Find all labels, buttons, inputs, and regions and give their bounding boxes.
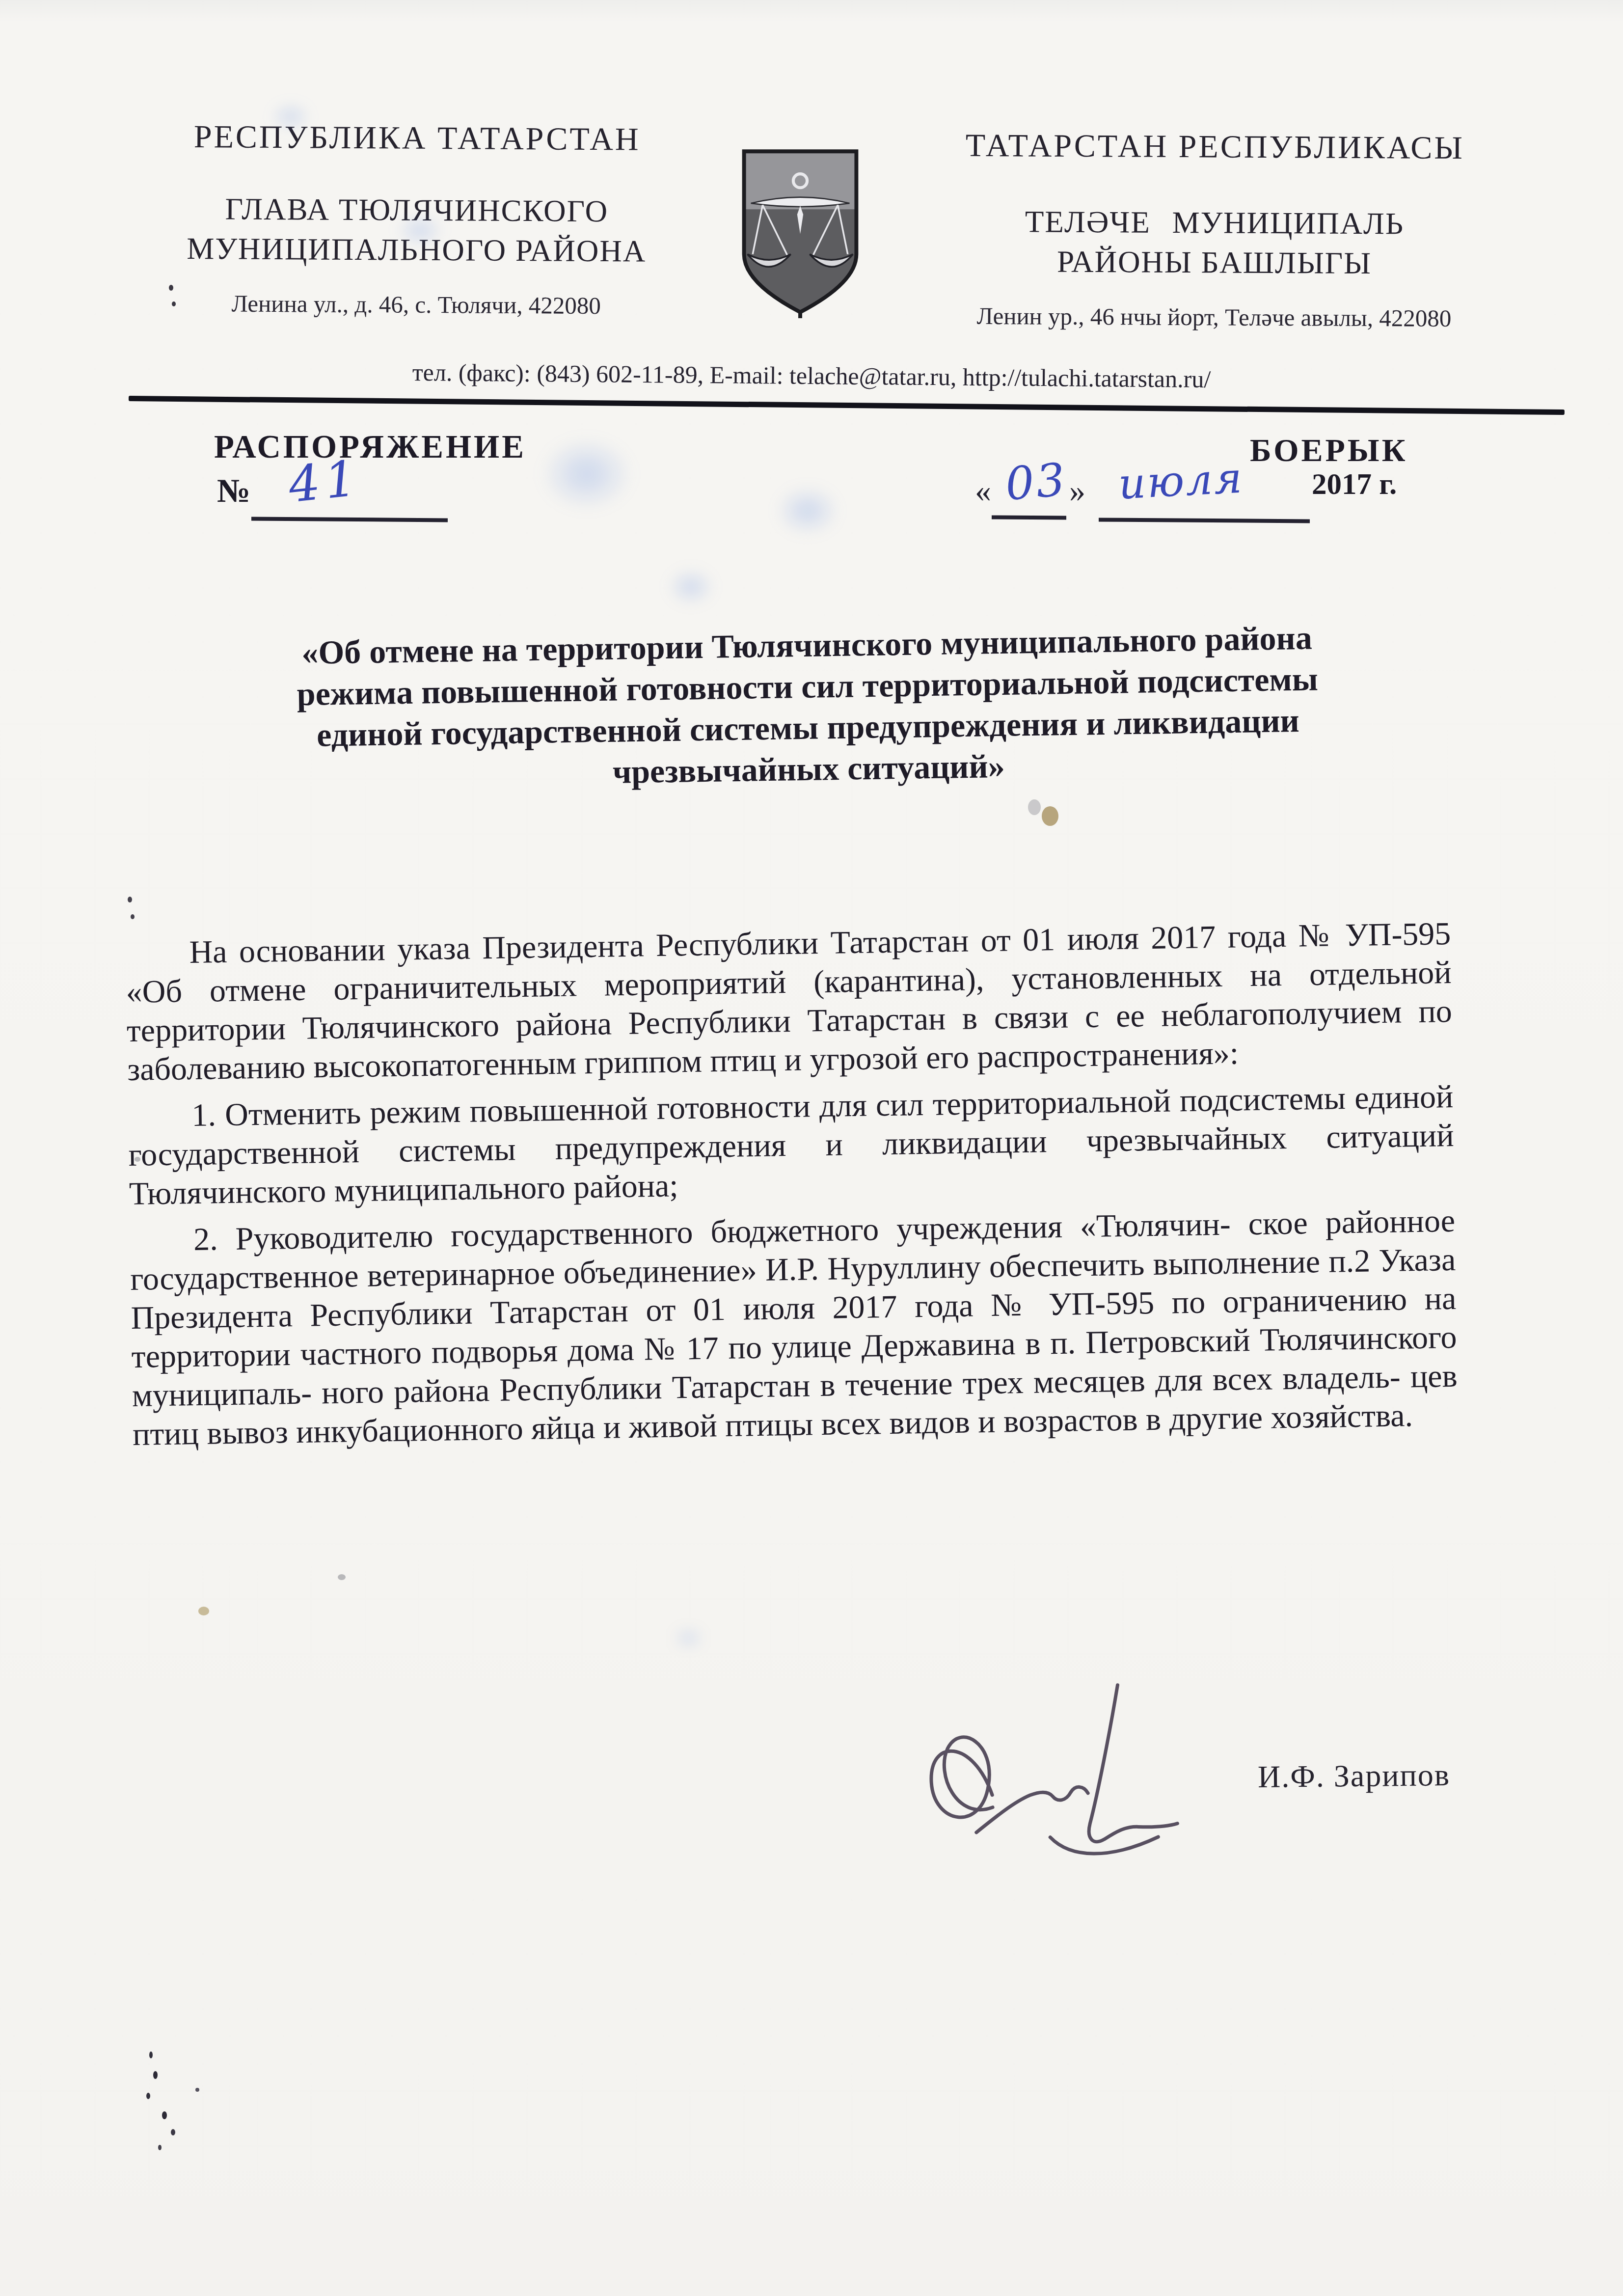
scan-speck [131, 914, 135, 919]
ink-stain [776, 486, 839, 535]
scanned-document-page: РЕСПУБЛИКА ТАТАРСТАН ГЛАВА ТЮЛЯЧИНСКОГО … [0, 0, 1623, 2296]
authority-name-ru-line1: ГЛАВА ТЮЛЯЧИНСКОГО [112, 191, 721, 230]
document-body: На основании указа Президента Республики… [125, 914, 1458, 1454]
date-year: 2017 г. [1312, 467, 1397, 502]
paragraph-item-2: 2. Руководителю государственного бюджетн… [130, 1202, 1459, 1454]
ink-stain [540, 437, 633, 511]
contact-line: тел. (факс): (843) 602-11-89, E-mail: te… [0, 355, 1623, 397]
scan-speck [158, 2145, 162, 2150]
authority-name-tt-line1: ТЕЛӘЧЕ МУНИЦИПАЛЬ [898, 203, 1531, 243]
date-quote-open: « [975, 472, 991, 510]
republic-name-ru: РЕСПУБЛИКА ТАТАРСТАН [113, 118, 722, 159]
paragraph-item-1: 1. Отменить режим повышенной готовности … [128, 1077, 1455, 1213]
month-underline [1099, 518, 1310, 523]
signatory-name: И.Ф. Зарипов [1258, 1757, 1451, 1795]
handwritten-day: 03 [1003, 453, 1069, 511]
scan-speck [195, 2088, 199, 2092]
scan-speck [1042, 806, 1058, 826]
scan-speck [171, 2129, 175, 2135]
scan-speck [338, 1574, 346, 1580]
letterhead-left: РЕСПУБЛИКА ТАТАРСТАН ГЛАВА ТЮЛЯЧИНСКОГО … [112, 118, 722, 321]
ink-stain [668, 570, 714, 604]
scan-speck [153, 2071, 158, 2079]
republic-name-tt: ТАТАРСТАН РЕСПУБЛИКАСЫ [898, 127, 1532, 167]
number-label: № [217, 471, 250, 510]
coat-of-arms-icon [728, 145, 873, 318]
scan-speck [128, 897, 132, 902]
ink-stain [675, 1629, 702, 1647]
scan-speck [162, 2111, 167, 2119]
scan-speck [198, 1607, 209, 1615]
handwritten-month: июля [1117, 453, 1245, 509]
authority-name-ru-line2: МУНИЦИПАЛЬНОГО РАЙОНА [112, 230, 721, 270]
number-underline [251, 517, 448, 522]
day-underline [992, 515, 1066, 519]
scan-speck [1028, 799, 1041, 815]
letterhead-divider-rule [129, 396, 1565, 415]
address-tt: Ленин ур., 46 нчы йорт, Теләче авылы, 42… [897, 301, 1531, 333]
doc-type-ru: РАСПОРЯЖЕНИЕ [214, 428, 526, 466]
scan-speck [149, 2051, 153, 2058]
doc-type-tt: БОЕРЫК [1250, 432, 1408, 469]
document-title: «Об отмене на территории Тюлячинского му… [205, 616, 1410, 798]
handwritten-signature-icon [897, 1661, 1248, 1894]
letterhead-right: ТАТАРСТАН РЕСПУБЛИКАСЫ ТЕЛӘЧЕ МУНИЦИПАЛЬ… [897, 127, 1532, 333]
handwritten-number: 41 [286, 449, 364, 514]
paragraph-preamble: На основании указа Президента Республики… [125, 914, 1453, 1089]
address-ru: Ленина ул., д. 46, с. Тюлячи, 422080 [112, 289, 721, 321]
scan-speck [146, 2093, 150, 2099]
date-quote-close: » [1069, 472, 1085, 510]
authority-name-tt-line2: РАЙОНЫ БАШЛЫГЫ [897, 243, 1531, 282]
